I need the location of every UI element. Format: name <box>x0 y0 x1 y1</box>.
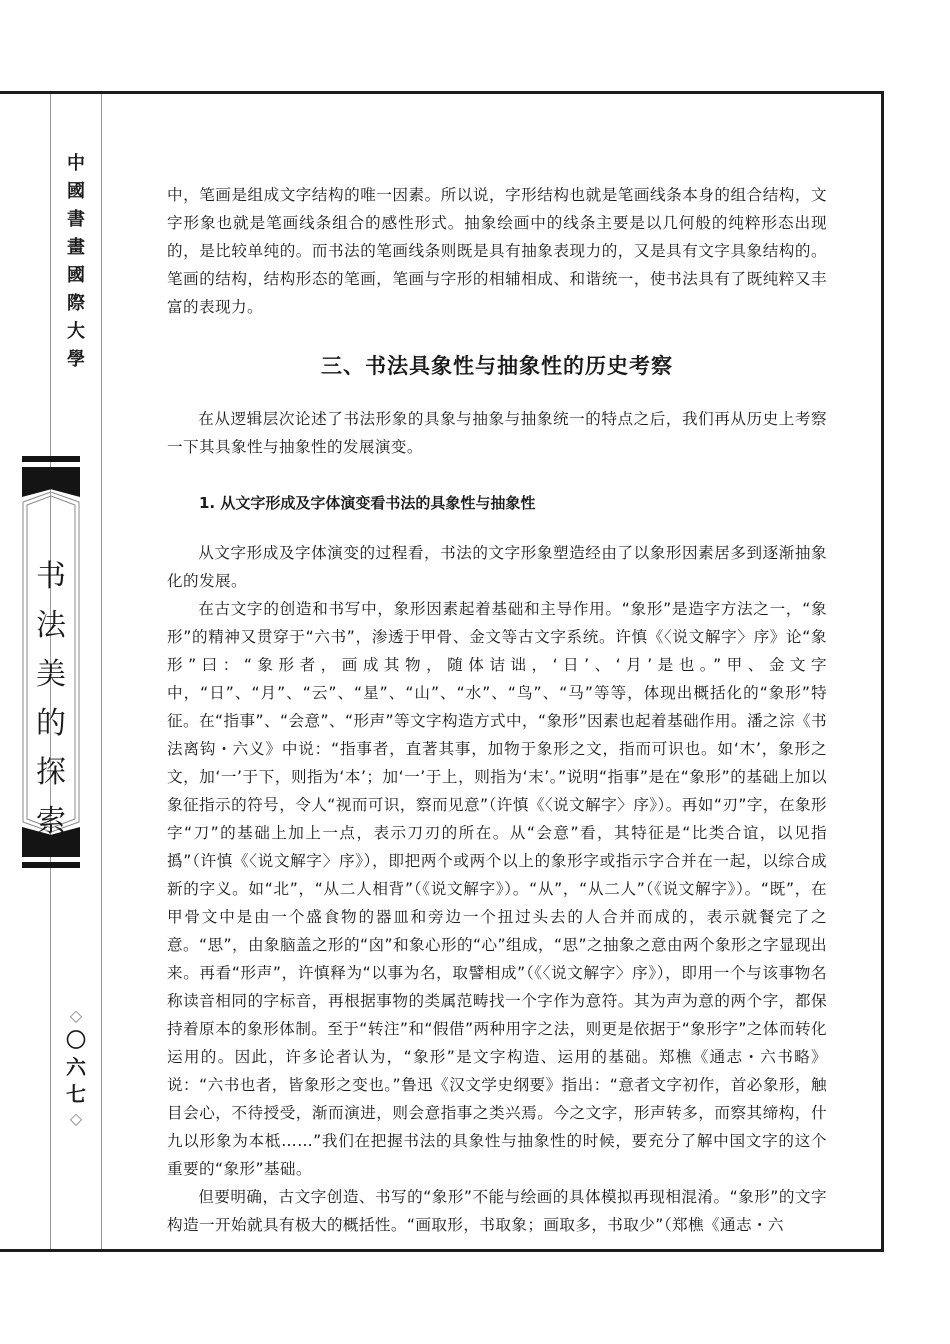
university-char: 中 <box>51 150 101 178</box>
subsection-title: 1. 从文字形成及字体演变看书法的具象性与抽象性 <box>199 491 827 515</box>
book-title-char: 美 <box>22 650 80 699</box>
page-frame-right-border <box>881 91 884 1252</box>
plaque-frame: 书 法 美 的 探 索 <box>22 492 80 832</box>
university-name-vertical: 中 國 書 畫 國 際 大 學 <box>51 150 101 374</box>
book-title-char: 法 <box>22 601 80 650</box>
page-number-digit: 六 <box>51 1054 101 1081</box>
plaque-bar-top-thin <box>22 456 80 462</box>
book-title-char: 的 <box>22 699 80 748</box>
paragraph-continued: 中，笔画是组成文字结构的唯一因素。所以说，字形结构也就是笔画线条本身的组合结构，… <box>167 181 827 321</box>
university-char: 國 <box>51 262 101 290</box>
body-text: 中，笔画是组成文字结构的唯一因素。所以说，字形结构也就是笔画线条本身的组合结构，… <box>167 181 827 1239</box>
book-title-char: 书 <box>22 552 80 601</box>
page-frame-top-border <box>0 91 884 94</box>
margin-rule-inner <box>101 94 102 1249</box>
book-title-plaque: 书 法 美 的 探 索 <box>22 456 80 868</box>
page-frame-bottom-border <box>0 1249 884 1252</box>
university-char: 畫 <box>51 234 101 262</box>
diamond-ornament-icon: ◇ <box>51 1108 101 1130</box>
page-number-digit: 〇 <box>51 1027 101 1054</box>
section-title: 三、书法具象性与抽象性的历史考察 <box>167 351 827 381</box>
university-char: 書 <box>51 206 101 234</box>
plaque-bar-bottom-thin <box>22 862 80 868</box>
university-char: 際 <box>51 290 101 318</box>
university-char: 大 <box>51 318 101 346</box>
section-intro-paragraph: 在从逻辑层次论述了书法形象的具象与抽象与抽象统一的特点之后，我们再从历史上考察一… <box>167 405 827 461</box>
page-number-vertical: ◇ 〇 六 七 ◇ <box>51 1005 101 1130</box>
page-number-digit: 七 <box>51 1081 101 1108</box>
university-char: 國 <box>51 178 101 206</box>
paragraph: 从文字形成及字体演变的过程看，书法的文字形象塑造经由了以象形因素居多到逐渐抽象化… <box>167 539 827 595</box>
paragraph: 在古文字的创造和书写中，象形因素起着基础和主导作用。“象形”是造字方法之一，“象… <box>167 595 827 1183</box>
diamond-ornament-icon: ◇ <box>51 1005 101 1027</box>
book-title-vertical: 书 法 美 的 探 索 <box>22 552 80 846</box>
paragraph: 但要明确，古文字创造、书写的“象形”不能与绘画的具体模拟再现相混淆。“象形”的文… <box>167 1183 827 1239</box>
book-title-char: 探 <box>22 748 80 797</box>
university-char: 學 <box>51 346 101 374</box>
